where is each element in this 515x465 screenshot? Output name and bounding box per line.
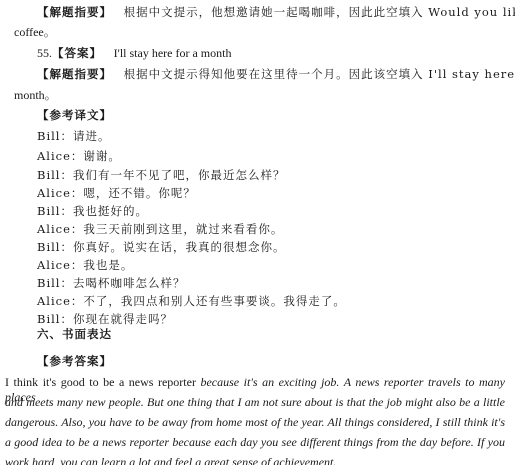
dialogue-line: Bill：我们有一年不见了吧，你最近怎么样？: [37, 168, 285, 183]
question-number: 55.: [37, 46, 52, 60]
dialogue-line: Alice：我三天前刚到这里，就过来看看你。: [37, 222, 283, 237]
essay-plain: I think it's good to be a news reporter: [5, 375, 200, 389]
essay-line: dangerous. Also, you have to be away fro…: [5, 415, 505, 430]
dialogue-line: Bill：请进。: [37, 129, 110, 144]
dialogue-line: Alice：谢谢。: [37, 149, 121, 164]
section-title: 六、书面表达: [37, 327, 112, 342]
dialogue-line: Bill：你真好。说实在话，我真的很想念你。: [37, 240, 285, 255]
q54-explanation-line: 【解题指要】 根据中文提示，他想邀请她一起喝咖啡，因此此空填入 Would yo…: [37, 5, 515, 20]
dialogue-line: Bill：去喝杯咖啡怎么样？: [37, 276, 185, 291]
dialogue-line: Alice：不了，我四点和别人还有些事要谈。我得走了。: [37, 294, 346, 309]
q55-answer-line: 55.【答案】 I'll stay here for a month: [37, 46, 231, 61]
dialogue-line: Alice：嗯，还不错。你呢？: [37, 186, 196, 201]
q54-explanation-cont: coffee。: [14, 25, 56, 40]
essay-line: work hard, you can learn a lot and feel …: [5, 455, 336, 465]
essay-line: a good idea to be a news reporter becaus…: [5, 435, 505, 450]
essay-line: and meets many new people. But one thing…: [5, 395, 505, 410]
explanation-text: 根据中文提示得知他要在这里待一个月。因此该空填入 I'll stay here …: [124, 67, 515, 81]
dialogue-line: Bill：你现在就得走吗？: [37, 312, 173, 327]
dialogue-line: Bill：我也挺好的。: [37, 204, 148, 219]
dialogue-line: Alice：我也是。: [37, 258, 133, 273]
answer-tag: 【答案】: [52, 46, 102, 60]
translation-heading: 【参考译文】: [37, 108, 112, 123]
answer-heading: 【参考答案】: [37, 354, 112, 369]
explanation-tag: 【解题指要】: [37, 67, 112, 81]
q55-explanation-line: 【解题指要】 根据中文提示得知他要在这里待一个月。因此该空填入 I'll sta…: [37, 67, 515, 82]
explanation-text: 根据中文提示，他想邀请她一起喝咖啡，因此此空填入 Would you like …: [124, 5, 515, 19]
q55-explanation-cont: month。: [14, 88, 57, 103]
answer-text: I'll stay here for a month: [114, 46, 232, 60]
explanation-tag: 【解题指要】: [37, 5, 112, 19]
